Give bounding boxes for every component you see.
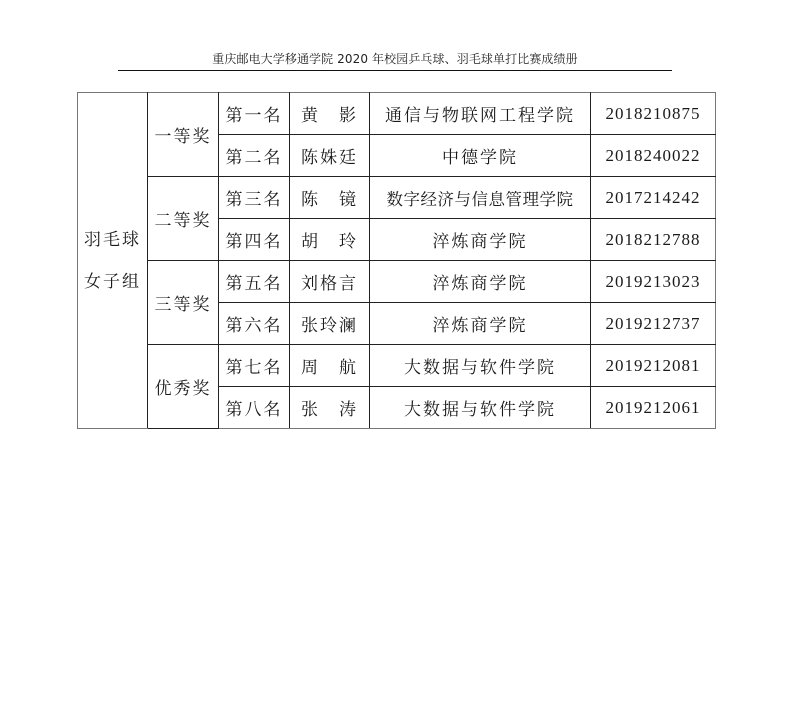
name-cell: 张 涛 bbox=[290, 387, 370, 429]
college-cell: 淬炼商学院 bbox=[370, 219, 591, 261]
name-cell: 张玲澜 bbox=[290, 303, 370, 345]
name-cell: 胡 玲 bbox=[290, 219, 370, 261]
name-cell: 周 航 bbox=[290, 345, 370, 387]
student-id-cell: 2018240022 bbox=[591, 135, 716, 177]
rank-cell: 第四名 bbox=[219, 219, 290, 261]
rank-cell: 第五名 bbox=[219, 261, 290, 303]
group-label-line2: 女子组 bbox=[78, 261, 147, 303]
student-id-cell: 2018212788 bbox=[591, 219, 716, 261]
student-id-cell: 2018210875 bbox=[591, 93, 716, 135]
document-title: 重庆邮电大学移通学院 2020 年校园乒乓球、羽毛球单打比赛成绩册 bbox=[118, 50, 672, 68]
student-id-cell: 2017214242 bbox=[591, 177, 716, 219]
name-cell: 陈 镜 bbox=[290, 177, 370, 219]
rank-cell: 第三名 bbox=[219, 177, 290, 219]
award-cell: 三等奖 bbox=[148, 261, 219, 345]
student-id-cell: 2019213023 bbox=[591, 261, 716, 303]
table-row: 三等奖 第五名 刘格言 淬炼商学院 2019213023 bbox=[78, 261, 716, 303]
student-id-cell: 2019212061 bbox=[591, 387, 716, 429]
rank-cell: 第一名 bbox=[219, 93, 290, 135]
group-label-line1: 羽毛球 bbox=[78, 219, 147, 261]
results-table: 羽毛球 女子组 一等奖 第一名 黄 影 通信与物联网工程学院 201821087… bbox=[77, 92, 716, 429]
table-row: 优秀奖 第七名 周 航 大数据与软件学院 2019212081 bbox=[78, 345, 716, 387]
college-cell: 淬炼商学院 bbox=[370, 303, 591, 345]
name-cell: 刘格言 bbox=[290, 261, 370, 303]
award-cell: 一等奖 bbox=[148, 93, 219, 177]
header-rule bbox=[118, 70, 672, 71]
rank-cell: 第六名 bbox=[219, 303, 290, 345]
table-row: 羽毛球 女子组 一等奖 第一名 黄 影 通信与物联网工程学院 201821087… bbox=[78, 93, 716, 135]
college-cell: 数字经济与信息管理学院 bbox=[370, 177, 591, 219]
award-cell: 优秀奖 bbox=[148, 345, 219, 429]
rank-cell: 第七名 bbox=[219, 345, 290, 387]
name-cell: 黄 影 bbox=[290, 93, 370, 135]
name-cell: 陈姝廷 bbox=[290, 135, 370, 177]
student-id-cell: 2019212737 bbox=[591, 303, 716, 345]
rank-cell: 第八名 bbox=[219, 387, 290, 429]
student-id-cell: 2019212081 bbox=[591, 345, 716, 387]
table-row: 二等奖 第三名 陈 镜 数字经济与信息管理学院 2017214242 bbox=[78, 177, 716, 219]
college-cell: 淬炼商学院 bbox=[370, 261, 591, 303]
college-cell: 中德学院 bbox=[370, 135, 591, 177]
college-cell: 大数据与软件学院 bbox=[370, 345, 591, 387]
group-cell: 羽毛球 女子组 bbox=[78, 93, 148, 429]
college-cell: 通信与物联网工程学院 bbox=[370, 93, 591, 135]
college-cell: 大数据与软件学院 bbox=[370, 387, 591, 429]
rank-cell: 第二名 bbox=[219, 135, 290, 177]
award-cell: 二等奖 bbox=[148, 177, 219, 261]
